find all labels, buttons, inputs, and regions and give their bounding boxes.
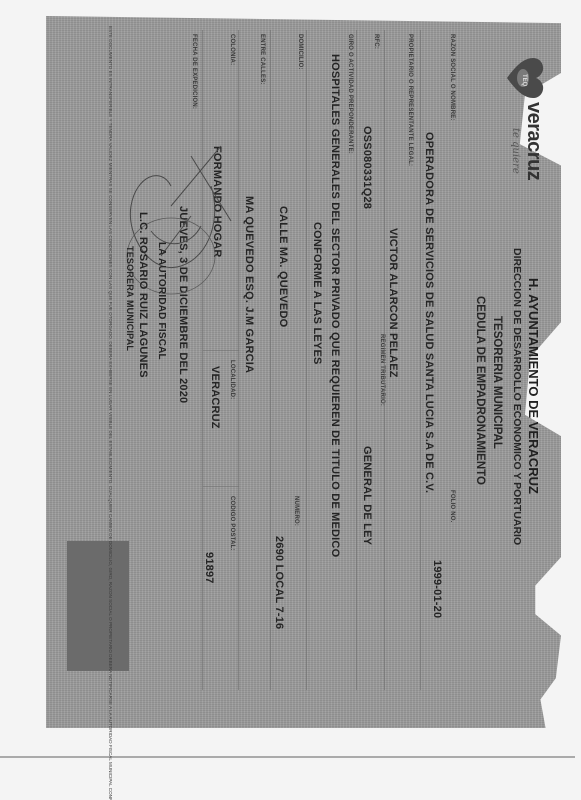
rfc-label: RFC:	[373, 34, 379, 49]
giro-label: GIRO O ACTIVIDAD PREPONDERANTE:	[347, 34, 353, 154]
security-seal-box	[67, 541, 129, 671]
logo-tagline: te quiere	[510, 128, 521, 174]
razon-social-label: RAZON SOCIAL O NOMBRE:	[449, 34, 455, 121]
razon-social-value: OPERADORA DE SERVICIOS DE SALUD SANTA LU…	[423, 132, 435, 493]
registration-certificate: TEQ veracruz te quiere H. AYUNTAMIENTO D…	[46, 16, 561, 716]
legal-fine-print: ESTE DOCUMENTO ES INTRANSFERIBLE Y TENDR…	[107, 26, 113, 546]
domicilio-value: CALLE MA. QUEVEDO	[277, 206, 289, 327]
representante-label: PROPIETARIO O REPRESENTANTE LEGAL:	[407, 34, 413, 166]
folio-label: FOLIO NO.	[449, 490, 455, 522]
numero-value: 2690 LOCAL 7-16	[273, 536, 285, 629]
document-type-title: CEDULA DE EMPADRONAMIENTO	[474, 296, 486, 485]
folio-value: 1999-01-20	[431, 560, 443, 618]
regimen-value: GENERAL DE LEY	[361, 446, 373, 545]
giro-value-line2: CONFORME A LAS LEYES	[311, 222, 323, 365]
codigo-postal-value: 91897	[203, 552, 215, 584]
signer-title: TESORERA MUNICIPAL	[125, 246, 135, 351]
giro-value-line1: HOSPITALES GENERALES DEL SECTOR PRIVADO …	[329, 54, 341, 557]
numero-label: NUMERO:	[293, 496, 299, 526]
signer-name: L.C. ROSARIO RUIZ LAGUNES	[137, 212, 149, 378]
authority-label: LA AUTORIDAD FISCAL	[156, 242, 167, 360]
municipality-title: H. AYUNTAMIENTO DE VERACRUZ	[526, 278, 541, 494]
entre-calles-label: ENTRE CALLES:	[259, 34, 265, 85]
logo-badge: TEQ	[521, 74, 527, 86]
representante-value: VICTOR ALARCON PELAEZ	[387, 228, 399, 378]
rfc-value: OSS080331Q28	[361, 126, 373, 209]
localidad-label: LOCALIDAD:	[229, 360, 235, 399]
codigo-postal-label: CODIGO POSTAL:	[229, 496, 235, 551]
colonia-label: COLONIA:	[229, 34, 235, 65]
department-title: DIRECCION DE DESARROLLO ECONOMICO Y PORT…	[511, 248, 523, 545]
localidad-value: VERACRUZ	[209, 366, 221, 429]
logo-wordmark: veracruz	[522, 102, 545, 180]
domicilio-label: DOMICILIO:	[297, 34, 303, 70]
office-title: TESORERIA MUNICIPAL	[491, 316, 503, 449]
scan-edge-line	[0, 756, 575, 758]
fecha-label: FECHA DE EXPEDICION:	[191, 34, 197, 109]
